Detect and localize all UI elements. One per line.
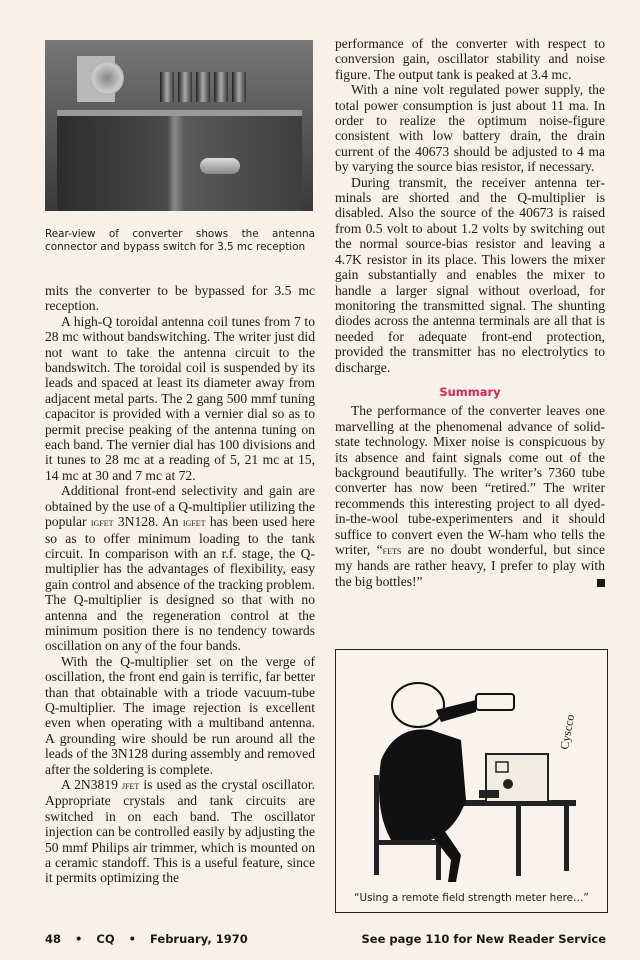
footer-bullet: • — [75, 932, 82, 946]
footer-bullet: • — [129, 932, 136, 946]
summary-heading: Summary — [335, 385, 605, 400]
cartoon: Cyscco “Using a remote field strength me… — [335, 649, 608, 913]
end-mark-icon — [597, 579, 605, 587]
photo-caption: Rear-view of converter shows the antenna… — [45, 228, 315, 254]
paragraph: With the Q-multiplier set on the verge o… — [45, 654, 315, 777]
paragraph: With a nine volt regulated power supply,… — [335, 82, 605, 174]
photo-coil — [160, 72, 174, 102]
cartoon-drawing-icon: Cyscco — [336, 650, 607, 912]
magazine-name: CQ — [96, 932, 114, 946]
photo-coil — [196, 72, 210, 102]
photo-chassis — [57, 110, 302, 211]
right-column: performance of the converter with respec… — [335, 36, 605, 589]
paragraph: mits the converter to be bypassed for 3.… — [45, 283, 315, 314]
converter-photo — [45, 40, 313, 211]
photo-dial — [90, 61, 124, 95]
issue-date: February, 1970 — [150, 932, 248, 946]
paragraph: A 2N3819 jfet is used as the crystal osc… — [45, 777, 315, 886]
paragraph: The performance of the converter leaves … — [335, 403, 605, 589]
paragraph: During transmit, the receiver antenna te… — [335, 175, 605, 375]
paragraph: A high-Q toroidal antenna coil tunes fro… — [45, 314, 315, 483]
photo-coil — [232, 72, 246, 102]
reader-service-note: See page 110 for New Reader Service — [362, 932, 606, 946]
left-column: mits the converter to be bypassed for 3.… — [45, 283, 315, 886]
page-number: 48 — [45, 932, 61, 946]
photo-switch — [200, 158, 240, 174]
cartoon-caption: “Using a remote field strength meter her… — [336, 892, 607, 904]
photo-coil — [214, 72, 228, 102]
svg-text:Cyscco: Cyscco — [557, 713, 577, 750]
paragraph: Additional front-end selectivity and gai… — [45, 483, 315, 653]
page-footer-left: 48 • CQ • February, 1970 — [45, 932, 258, 946]
paragraph: performance of the converter with respec… — [335, 36, 605, 82]
photo-coil — [178, 72, 192, 102]
